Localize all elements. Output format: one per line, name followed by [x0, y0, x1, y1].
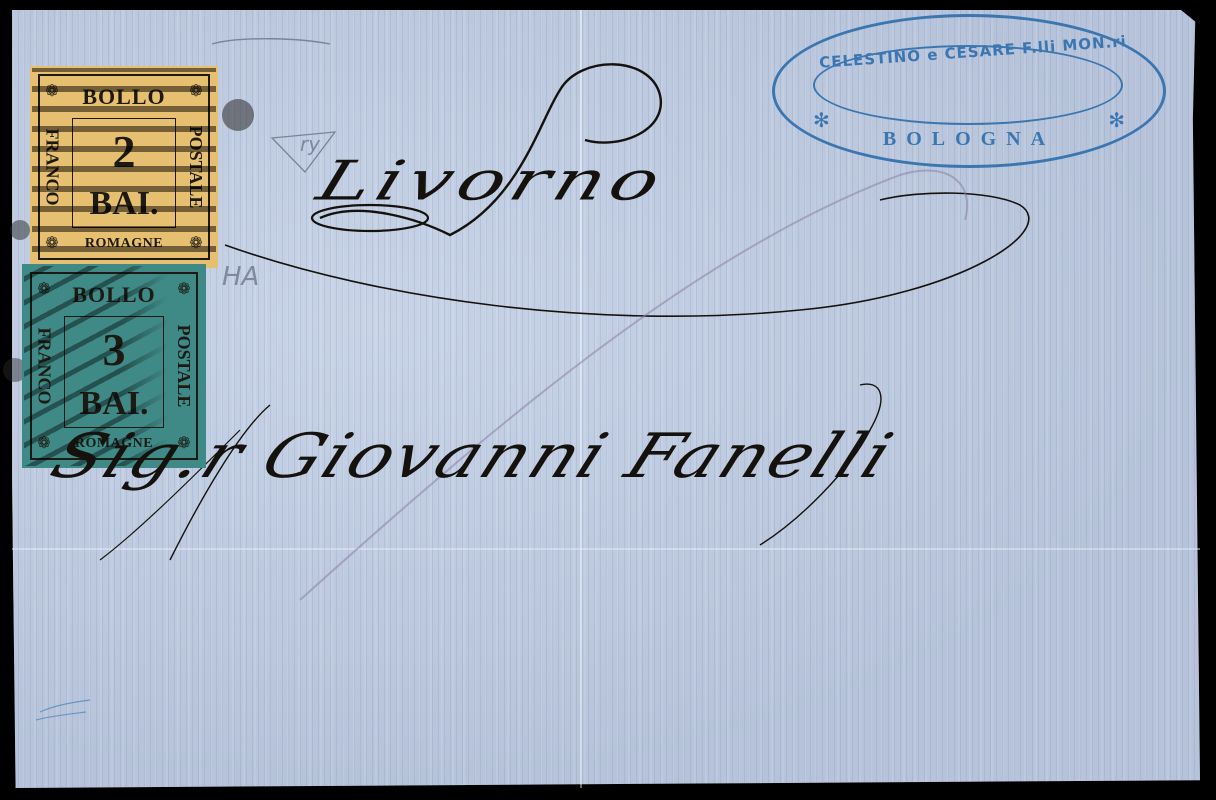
horizontal-fold-crease: [12, 548, 1200, 550]
destination-city: Livorno: [310, 150, 675, 213]
cachet-city: BOLOGNA: [775, 128, 1163, 151]
addressee-name: Sig.r Giovanni Fanelli: [41, 420, 905, 491]
pencil-docket-note: ry: [300, 132, 320, 156]
sender-cachet: CELESTINO e CESARE F.lli MON.ri ✻ ✻ BOLO…: [772, 14, 1166, 168]
stamp-2-baiocchi: ❁ ❁ ❁ ❁ BOLLO FRANCO POSTALE 2 BAI. ROMA…: [30, 66, 218, 268]
pencil-mark: HA: [222, 262, 259, 292]
vertical-fold-crease: [580, 10, 582, 788]
cancellation-marks: [32, 68, 216, 266]
